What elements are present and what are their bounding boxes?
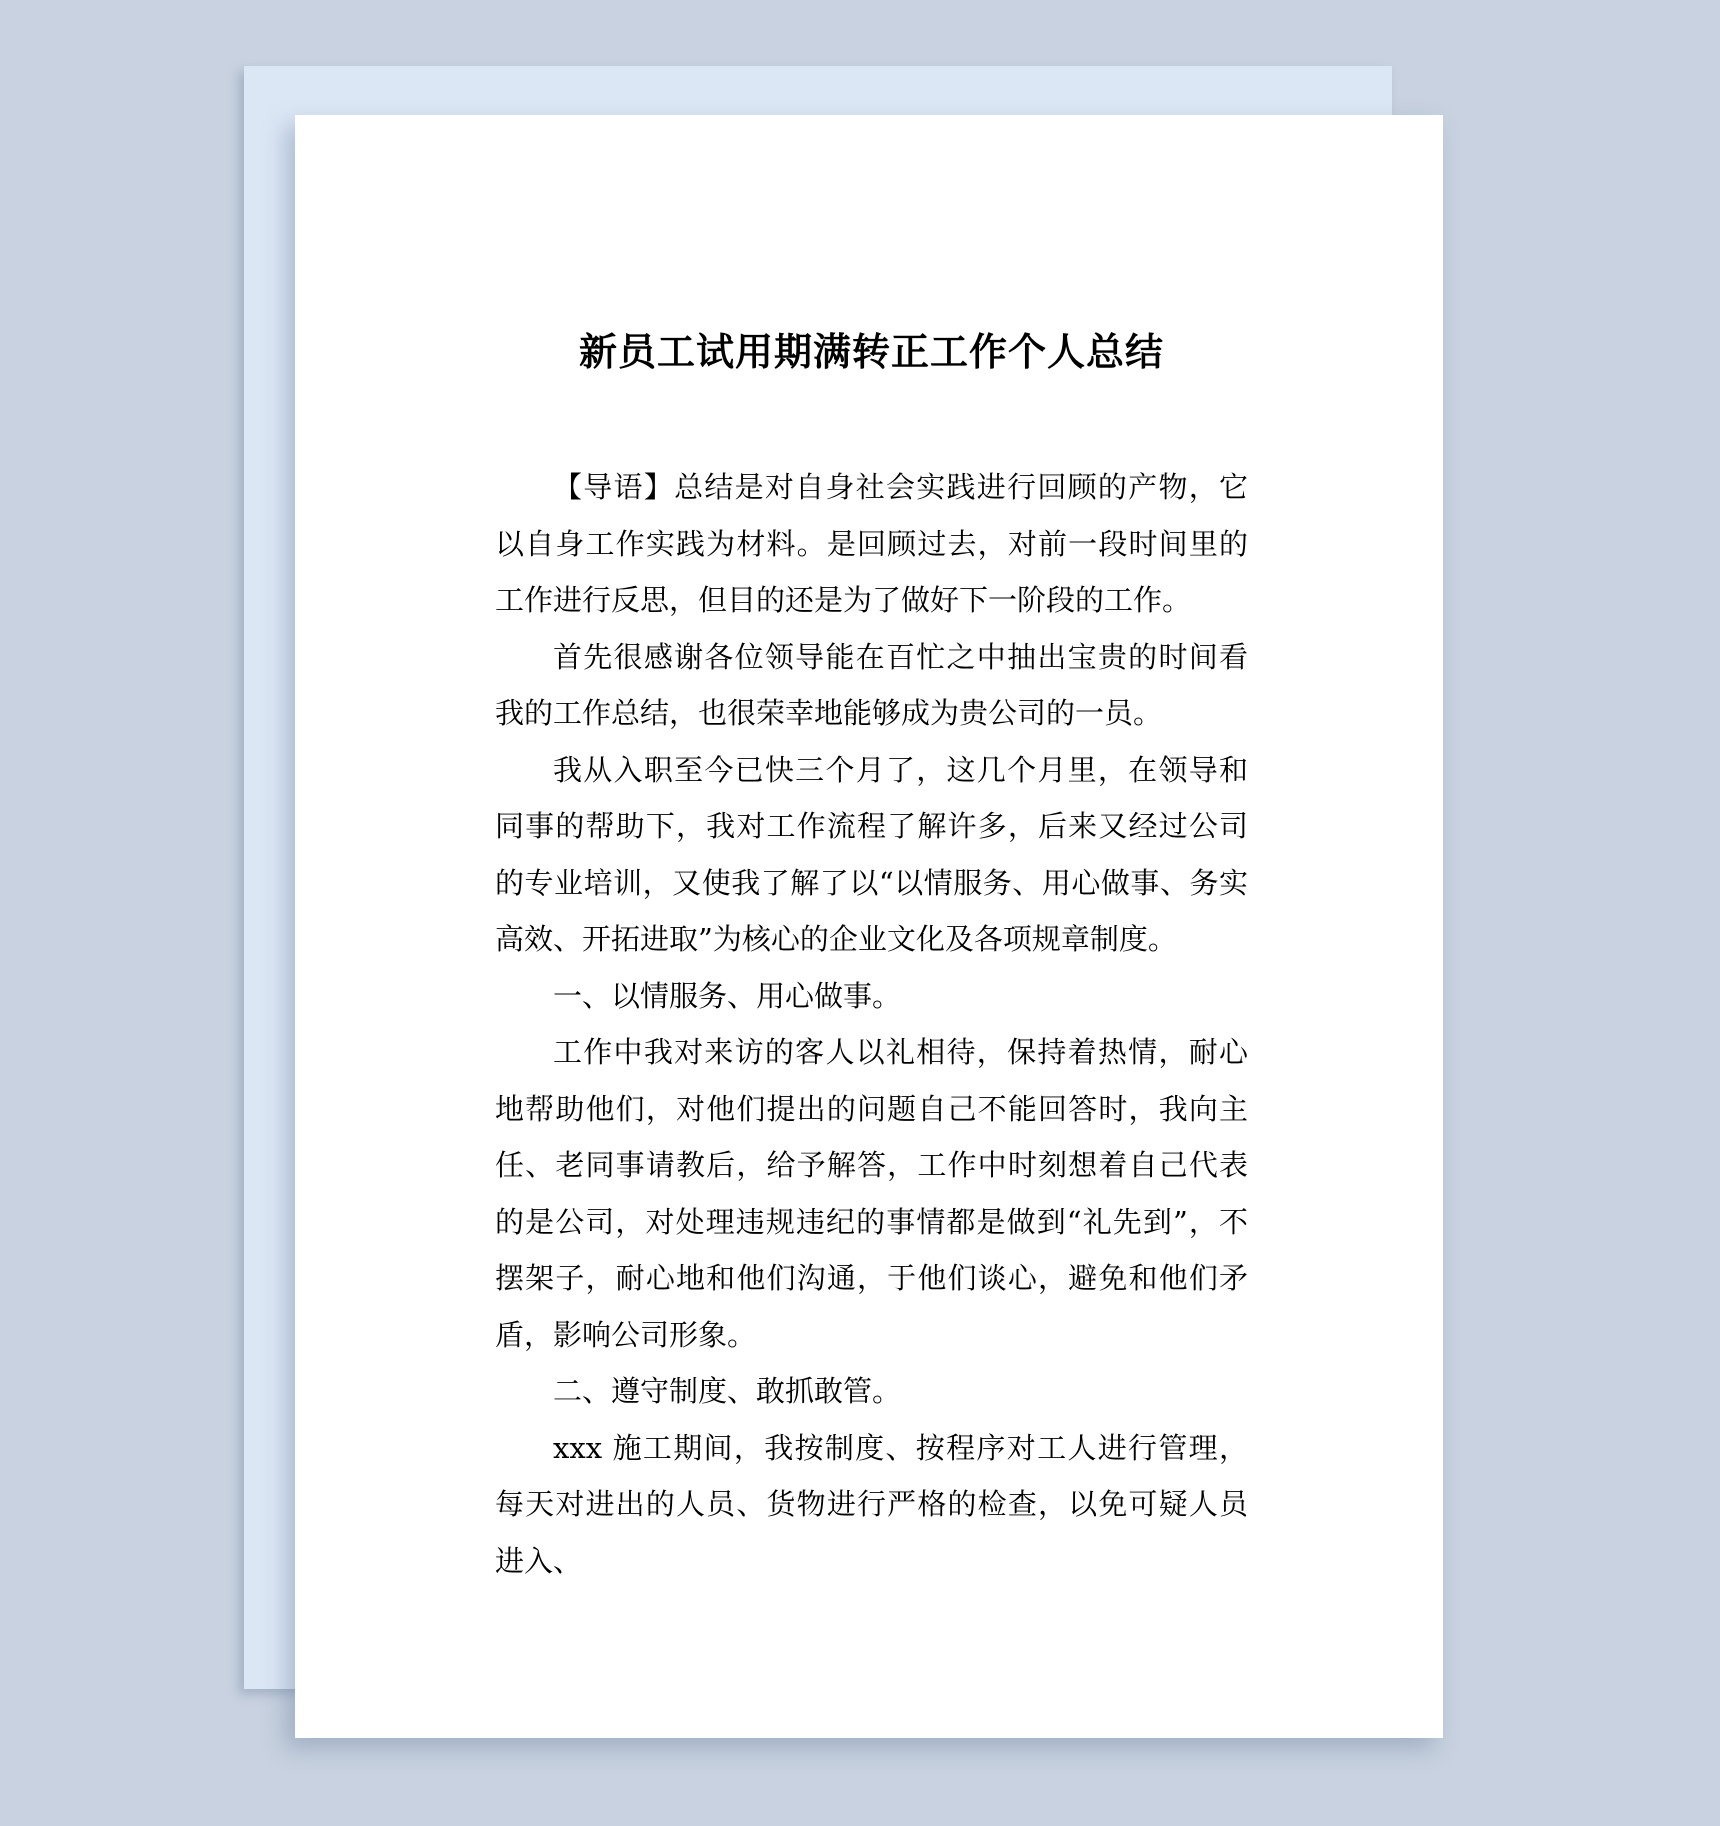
paragraph-service: 工作中我对来访的客人以礼相待，保持着热情，耐心地帮助他们，对他们提出的问题自己不… [495, 1024, 1248, 1363]
document-page: 新员工试用期满转正工作个人总结 【导语】总结是对自身社会实践进行回顾的产物，它以… [295, 115, 1443, 1738]
paragraph-management: xxx 施工期间，我按制度、按程序对工人进行管理，每天对进出的人员、货物进行严格… [495, 1420, 1248, 1590]
document-body: 【导语】总结是对自身社会实践进行回顾的产物，它以自身工作实践为材料。是回顾过去，… [495, 459, 1248, 1589]
paragraph-heading-2: 二、遵守制度、敢抓敢管。 [495, 1363, 1248, 1420]
paragraph-onboarding: 我从入职至今已快三个月了，这几个月里，在领导和同事的帮助下，我对工作流程了解许多… [495, 742, 1248, 968]
document-preview: 新员工试用期满转正工作个人总结 【导语】总结是对自身社会实践进行回顾的产物，它以… [0, 0, 1720, 1826]
paragraph-intro: 【导语】总结是对自身社会实践进行回顾的产物，它以自身工作实践为材料。是回顾过去，… [495, 459, 1248, 629]
paragraph-heading-1: 一、以情服务、用心做事。 [495, 968, 1248, 1025]
document-title: 新员工试用期满转正工作个人总结 [495, 327, 1248, 379]
paragraph-thanks: 首先很感谢各位领导能在百忙之中抽出宝贵的时间看我的工作总结，也很荣幸地能够成为贵… [495, 629, 1248, 742]
